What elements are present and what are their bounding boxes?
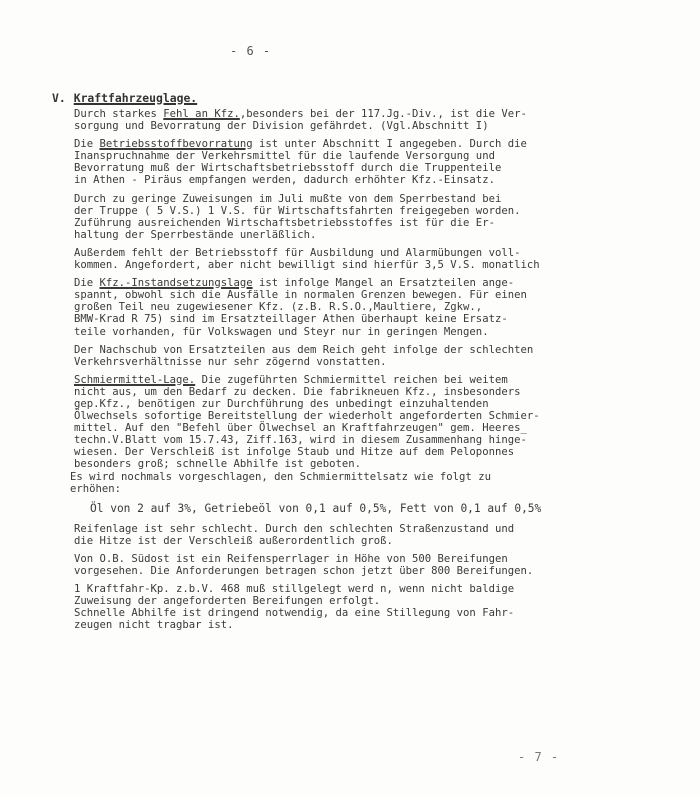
text-line: Zuführung ausreichenden Wirtschaftsbetri… [74,217,674,229]
text-run: Schnelle Abhilfe ist dringend notwendig,… [74,607,514,619]
text-line: Bevorratung muß der Wirtschaftsbetriebss… [74,162,674,174]
text-run: ,besonders bei der 117.Jg.-Div., ist die… [240,108,527,120]
text-line: techn.V.Blatt vom 15.7.43, Ziff.163, wir… [74,434,674,446]
page-number-bottom: - 7 - [518,750,559,764]
text-line: gep.Kfz., benötigen zur Durchführung des… [74,398,674,410]
formula-line: Öl von 2 auf 3%, Getriebeöl von 0,1 auf … [90,503,674,515]
paragraph: Durch starkes Fehl an Kfz.,besonders bei… [74,108,674,132]
paragraph: 1 Kraftfahr-Kp. z.b.V. 468 muß stillgele… [74,583,674,631]
text-run: BMW-Krad R 75) sind im Ersatzteillager A… [74,313,508,325]
text-run: der Truppe ( 5 V.S.) 1 V.S. für Wirtscha… [74,205,520,217]
text-run: mittel. Auf den "Befehl über Ölwechsel a… [74,422,527,434]
paragraph: Der Nachschub von Ersatzteilen aus dem R… [74,344,674,368]
text-run: 1 Kraftfahr-Kp. z.b.V. 468 muß stillgele… [74,583,514,595]
text-run: Zuweisung der angeforderten Bereifungen … [74,595,380,607]
text-run: Ölwechsels sofortige Bereitstellung der … [74,410,540,422]
text-run: in Athen - Piräus empfangen werden, dadu… [74,174,495,186]
paragraph: Schmiermittel-Lage. Die zugeführten Schm… [74,374,674,495]
text-run: vorgesehen. Die Anforderungen betragen s… [74,565,533,577]
text-run: Die [74,138,100,150]
text-line: BMW-Krad R 75) sind im Ersatzteillager A… [74,313,674,325]
text-line: zeugen nicht tragbar ist. [74,619,674,631]
paragraph: Die Kfz.-Instandsetzungslage ist infolge… [74,277,674,337]
text-run: sorgung und Bevorratung der Division gef… [74,120,489,132]
text-line: 1 Kraftfahr-Kp. z.b.V. 468 muß stillgele… [74,583,674,595]
text-line: wiesen. Der Verschleiß ist infolge Staub… [74,446,674,458]
text-line: Durch zu geringe Zuweisungen im Juli muß… [74,193,674,205]
text-line: Inanspruchnahme der Verkehrsmittel für d… [74,150,674,162]
text-line: spannt, obwohl sich die Ausfälle in norm… [74,289,674,301]
text-run: Durch starkes [74,108,163,120]
text-line: Die Kfz.-Instandsetzungslage ist infolge… [74,277,674,289]
text-line: die Hitze ist der Verschleiß außerordent… [74,535,674,547]
text-run: zeugen nicht tragbar ist. [74,619,233,631]
text-line: Reifenlage ist sehr schlecht. Durch den … [74,523,674,535]
text-line: Außerdem fehlt der Betriebsstoff für Aus… [74,247,674,259]
text-run: großen Teil neu zugewiesener Kfz. (z.B. … [74,301,482,313]
text-run: Verkehrsverhältnisse nur sehr zögernd vo… [74,356,387,368]
text-run: Die [74,277,100,289]
text-run: Es wird nochmals vorgeschlagen, den Schm… [70,471,491,483]
page-number-top: - 6 - [230,44,271,58]
paragraph: Die Betriebsstoffbevorratung ist unter A… [74,138,674,186]
text-line: vorgesehen. Die Anforderungen betragen s… [74,565,674,577]
text-run: nicht aus, um den Bedarf zu decken. Die … [74,386,520,398]
text-run: erhöhen: [70,483,121,495]
text-run: gep.Kfz., benötigen zur Durchführung des… [74,398,489,410]
text-run: Bevorratung muß der Wirtschaftsbetriebss… [74,162,501,174]
text-line: Ölwechsels sofortige Bereitstellung der … [74,410,674,422]
text-run: spannt, obwohl sich die Ausfälle in norm… [74,289,527,301]
text-line: nicht aus, um den Bedarf zu decken. Die … [74,386,674,398]
text-run: Durch zu geringe Zuweisungen im Juli muß… [74,193,501,205]
text-line: Schnelle Abhilfe ist dringend notwendig,… [74,607,674,619]
text-line: großen Teil neu zugewiesener Kfz. (z.B. … [74,301,674,313]
text-line: Die Betriebsstoffbevorratung ist unter A… [74,138,674,150]
text-run: teile vorhanden, für Volkswagen und Stey… [74,326,489,338]
text-run: Der Nachschub von Ersatzteilen aus dem R… [74,344,533,356]
text-run: Inanspruchnahme der Verkehrsmittel für d… [74,150,495,162]
underlined-term: Kfz.-Instandsetzungslage [100,277,253,289]
text-run: haltung der Sperrbestände unerläßlich. [74,229,316,241]
text-run: Reifenlage ist sehr schlecht. Durch den … [74,523,514,535]
underlined-term: Fehl an Kfz. [163,108,240,120]
text-line: Es wird nochmals vorgeschlagen, den Schm… [70,471,674,483]
paragraph: Durch zu geringe Zuweisungen im Juli muß… [74,193,674,241]
text-line: haltung der Sperrbestände unerläßlich. [74,229,674,241]
text-run: ist infolge Mangel an Ersatzteilen ange- [253,277,515,289]
underlined-term: Betriebsstoffbevorratung [100,138,253,150]
text-line: Zuweisung der angeforderten Bereifungen … [74,595,674,607]
section-title: Kraftfahrzeuglage. [74,91,197,105]
text-run: Die zugeführten Schmiermittel reichen be… [195,374,508,386]
text-line: Schmiermittel-Lage. Die zugeführten Schm… [74,374,674,386]
text-run: wiesen. Der Verschleiß ist infolge Staub… [74,446,514,458]
text-line: sorgung und Bevorratung der Division gef… [74,120,674,132]
text-run: kommen. Angefordert, aber nicht bewillig… [74,259,540,271]
text-line: Von O.B. Südost ist ein Reifensperrlager… [74,553,674,565]
section-heading: V.Kraftfahrzeuglage. [52,91,197,105]
text-line: mittel. Auf den "Befehl über Ölwechsel a… [74,422,674,434]
text-line: in Athen - Piräus empfangen werden, dadu… [74,174,674,186]
text-line: Der Nachschub von Ersatzteilen aus dem R… [74,344,674,356]
text-line: Verkehrsverhältnisse nur sehr zögernd vo… [74,356,674,368]
paragraph: Reifenlage ist sehr schlecht. Durch den … [74,523,674,547]
text-run: techn.V.Blatt vom 15.7.43, Ziff.163, wir… [74,434,527,446]
text-line: besonders groß; schnelle Abhilfe ist geb… [74,458,674,470]
text-line: Durch starkes Fehl an Kfz.,besonders bei… [74,108,674,120]
text-line: teile vorhanden, für Volkswagen und Stey… [74,326,674,338]
paragraph: Außerdem fehlt der Betriebsstoff für Aus… [74,247,674,271]
text-run: ist unter Abschnitt I angegeben. Durch d… [253,138,527,150]
text-run: Von O.B. Südost ist ein Reifensperrlager… [74,553,508,565]
text-line: kommen. Angefordert, aber nicht bewillig… [74,259,674,271]
text-run: Außerdem fehlt der Betriebsstoff für Aus… [74,247,520,259]
underlined-term: Schmiermittel-Lage. [74,374,195,386]
text-line: der Truppe ( 5 V.S.) 1 V.S. für Wirtscha… [74,205,674,217]
paragraph: Von O.B. Südost ist ein Reifensperrlager… [74,553,674,577]
section-numeral: V. [52,91,66,105]
text-run: die Hitze ist der Verschleiß außerordent… [74,535,393,547]
text-run: besonders groß; schnelle Abhilfe ist geb… [74,458,361,470]
text-line: erhöhen: [70,483,674,495]
text-run: Zuführung ausreichenden Wirtschaftsbetri… [74,217,495,229]
document-body: Durch starkes Fehl an Kfz.,besonders bei… [74,108,674,638]
